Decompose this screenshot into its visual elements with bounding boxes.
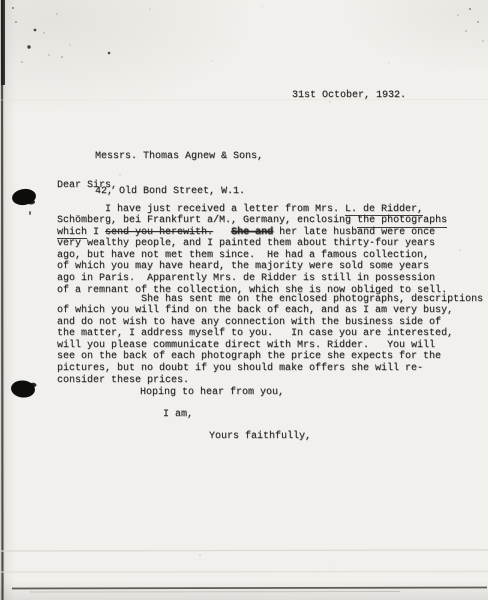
letter-line: ago in Paris. Apparently Mrs. de Ridder … — [57, 273, 447, 285]
letter-line: Schömberg, bei Frankfurt a/M., Germany, … — [57, 215, 447, 227]
text-run: and do not wish to have any connection w… — [57, 317, 441, 328]
letter-line: see on the back of each photograph the p… — [57, 351, 483, 363]
salutation: Dear Sirs, — [57, 180, 117, 192]
recipient-street: 42, Old Bond Street, W.1. — [95, 186, 263, 198]
text-run — [213, 227, 231, 238]
text-run: will you please communicate direct with … — [57, 340, 435, 351]
text-run: ago, but have not met them since. He had… — [57, 250, 429, 261]
letter-page: 31st October, 1932. Messrs. Thomas Agnew… — [0, 0, 488, 600]
letter-date: 31st October, 1932. — [292, 90, 406, 102]
struck-text: She and — [231, 227, 273, 238]
closing-signoff: Yours faithfully, — [209, 431, 311, 443]
text-run: very wealthy people, and I painted them … — [57, 238, 435, 249]
ink-blob-bottom — [10, 379, 36, 398]
text-run: consider these prices. — [57, 375, 189, 386]
closing-hoping: Hoping to hear from you, — [140, 387, 284, 399]
text-run: see on the back of each photograph the p… — [57, 351, 441, 362]
text-run: of which you will find on the back of ea… — [57, 305, 453, 316]
letter-line: and do not wish to have any connection w… — [57, 317, 483, 329]
text-run: the matter, I address myself to you. In … — [57, 328, 453, 339]
letter-line: She has sent me on the enclosed photogra… — [57, 294, 483, 306]
struck-text: send you herewith. — [105, 227, 213, 238]
text-run: ago in Paris. Apparently Mrs. de Ridder … — [57, 273, 435, 284]
text-run: her late husband were once — [273, 227, 435, 238]
letter-line: of which you will find on the back of ea… — [57, 305, 483, 317]
letter-line: will you please communicate direct with … — [57, 340, 483, 352]
recipient-name: Messrs. Thomas Agnew & Sons, — [95, 151, 263, 163]
letter-line: which I send you herewith. She and her l… — [57, 227, 447, 239]
letter-line: I have just received a letter from Mrs. … — [57, 204, 447, 216]
letter-line: the matter, I address myself to you. In … — [57, 328, 483, 340]
paragraph-1: I have just received a letter from Mrs. … — [57, 204, 447, 297]
paragraph-2: She has sent me on the enclosed photogra… — [57, 294, 483, 387]
closing-i-am: I am, — [163, 409, 193, 421]
text-run: I have just received a letter from Mrs. — [57, 204, 345, 215]
text-run: Schömberg, bei Frankfurt a/M., Germany, … — [57, 215, 357, 226]
letter-line: consider these prices. — [57, 375, 483, 387]
letter-line: of which you may have heard, the majorit… — [57, 261, 447, 273]
letter-line: ago, but have not met them since. He had… — [57, 250, 447, 262]
ink-blob-top — [11, 187, 37, 215]
text-run: of which you may have heard, the majorit… — [57, 261, 429, 272]
text-run: pictures, but no doubt if you should mak… — [57, 363, 423, 374]
letter-line: very wealthy people, and I painted them … — [57, 238, 447, 250]
letter-line: pictures, but no doubt if you should mak… — [57, 363, 483, 375]
text-run: She has sent me on the enclosed photogra… — [57, 294, 483, 305]
text-run: I — [87, 227, 105, 238]
